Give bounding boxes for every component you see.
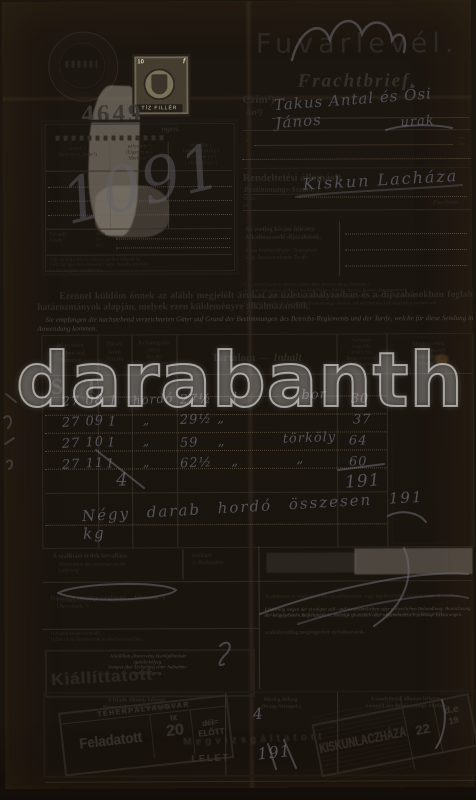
row1-pack: hordó <box>132 391 174 408</box>
address-dotted-1 <box>255 144 453 146</box>
freight-footnotes: ¹) A nem kívánt törlendő. ¹) Das nicht G… <box>51 631 143 643</box>
address-banben: ban ben <box>459 135 466 146</box>
handwritten-urak: urak <box>400 113 435 130</box>
row3-mark: 27 10 <box>62 434 105 451</box>
scale-pencil-191: 191 <box>256 741 291 764</box>
sender-stamp-date-cell: IX 20 <box>156 710 196 758</box>
goods-header-content-dash: — <box>259 353 269 364</box>
railway-label-hu: Vasut der <box>243 196 255 209</box>
interest-label-de: Declaration des Interesse an der Lieferu… <box>58 561 126 573</box>
sender-stamp-feladatott: Feladatott <box>67 715 155 768</box>
scan-grey-block <box>354 548 472 575</box>
row1-weight: 30 <box>351 391 370 406</box>
route-divider <box>339 222 340 276</box>
goods-header-weight: Valóságos elegysúly Wirkliches Brutto-Ge… <box>336 338 386 368</box>
lelet-stamp: LELET <box>191 752 230 764</box>
goods-header-content-de: Inhalt <box>273 352 301 364</box>
mid-rule-1 <box>43 580 473 583</box>
wagon-box-title-fragment: ngen. <box>162 124 180 133</box>
declaration-hu: Ezennel küldöm önnek az alább megjelölt … <box>37 290 473 314</box>
route-dotted-3 <box>345 265 467 267</box>
destination-rule <box>243 209 471 211</box>
goods-header-packing: A csomagolás neme Art der Verpackung <box>131 340 176 368</box>
ink-stain <box>435 354 449 364</box>
declaration-de: Sie empfangen die nachstehend verzeichne… <box>37 314 473 333</box>
row2-count: 1 <box>108 415 117 430</box>
title-hungarian: Fuvarlevél. <box>242 28 472 60</box>
mid-rule-2 <box>43 628 259 630</box>
row4-weight: 60 <box>349 454 368 469</box>
perforation-row <box>56 135 164 140</box>
row3-pack: „ <box>143 434 150 448</box>
row1-count: 1 <box>109 393 118 408</box>
address-dotted-2 <box>243 158 471 160</box>
goods-header-content-hu: Tartalom <box>212 352 256 364</box>
scan-grey-block-2 <box>266 552 356 572</box>
row3-count: 1 <box>107 436 116 451</box>
total-count: 4 <box>116 469 129 490</box>
wagon-sub-units: szám frt Pos. <box>96 231 105 249</box>
interest-divider <box>182 549 183 579</box>
row1-mark: 27 08 <box>61 392 104 409</box>
mid-column-divider <box>258 546 260 689</box>
wagon-sub-dotted-2 <box>116 247 230 248</box>
address-in-label: in <box>246 139 250 144</box>
route-dotted-2 <box>345 249 467 251</box>
bottom-extra-rule <box>45 780 475 783</box>
route-label-hu: Az esetleg kívánt útirány. Alkalmazandó … <box>245 226 335 241</box>
row2-pack: „ <box>143 413 150 427</box>
row4-mark: 27 11 <box>62 455 105 472</box>
row3-weight: 64 <box>349 433 368 448</box>
address-label-de: An²) <box>245 107 262 117</box>
waybill-photo: 10 f TÍZ FILLÉR 4649 ngen. száma ¹) Numm… <box>0 0 476 800</box>
handwritten-destination: Kiskun Lacháza <box>302 166 458 194</box>
stamp-coat-of-arms <box>143 68 175 100</box>
destination-underline <box>299 196 467 198</box>
row4-count: 1 <box>106 457 115 472</box>
scale-stamp-header: Mérleg-bélyeg. (Waag-Stempel.) <box>229 697 333 710</box>
interest-words-label: betűkkel in Buchstaben <box>192 553 223 567</box>
waybill-paper: 10 f TÍZ FILLÉR 4649 ngen. száma ¹) Numm… <box>2 0 474 789</box>
goods-header-content: Tartalom — Inhalt <box>177 348 337 367</box>
stamp-value-f: f <box>183 58 185 65</box>
row2-content: 29½ „ <box>180 411 226 428</box>
route-dotted-1 <box>345 233 467 235</box>
wagon-footnotes: ¹) Ha az árut a feladó rakta be, ez álta… <box>49 256 231 273</box>
total-weight: 191 <box>344 470 381 493</box>
stamp-shield <box>151 74 167 94</box>
railway-label-de: Eisenbahn <box>433 200 458 206</box>
row2-mark: 27 09 <box>61 413 104 430</box>
row4-pack: „ <box>143 455 150 469</box>
goods-header-remarks: Megjegyzések a vasút részéről Bahnseitig… <box>393 341 463 367</box>
postmark-date-bars <box>65 61 97 68</box>
wagon-sub-dotted-1 <box>116 238 230 239</box>
address-label-hu: Czím²) <box>242 94 274 106</box>
goods-header-mark: Jel és szám Zeichen und Nummer <box>42 343 97 366</box>
freight-text-de: Frankatur: Frankirt — Aufzunehmen — Über… <box>57 597 143 610</box>
interest-label-hu: A szállítási érdek bevallása <box>52 552 127 559</box>
scale-pencil-4: 4 <box>252 704 264 723</box>
route-label-de: Etwa beabsichtigter Transport- weg. Anzu… <box>245 248 335 262</box>
address-rule-1 <box>243 129 471 131</box>
wagon-sub-label: Fuvardíj Fracht <box>50 233 67 245</box>
stamp-value-10: 10 <box>137 59 144 65</box>
route-box: Az esetleg kívánt útirány. Alkalmazandó … <box>243 219 471 278</box>
statement-de: Erklärung wegen der etwaigen zoll- und s… <box>265 607 471 620</box>
row2-weight: 37 <box>353 412 372 427</box>
goods-header-count: Darab- szám Anzahl <box>97 341 131 364</box>
